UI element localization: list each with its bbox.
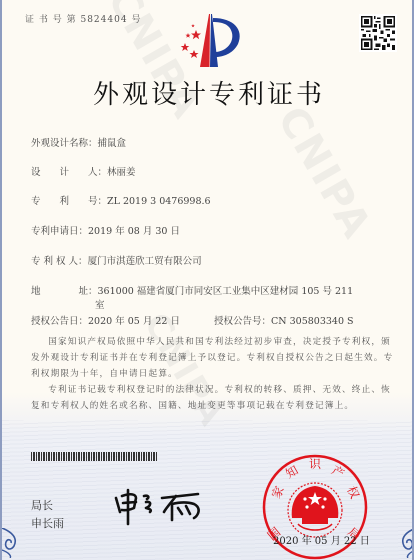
qr-code[interactable] bbox=[359, 14, 397, 52]
watermark-cnipa: CNIPA bbox=[268, 99, 380, 247]
seal-date: 2020 年 05 月 22 日 bbox=[273, 532, 370, 547]
field-address: 地 址：361000 福建省厦门市同安区工业集中区建材园 105 号 211 bbox=[31, 283, 353, 297]
field-grant-date: 授权公告日：2020 年 05 月 22 日 bbox=[31, 313, 180, 327]
field-application-date: 专利申请日：2019 年 08 月 30 日 bbox=[31, 223, 180, 237]
field-value: ZL 2019 3 0476998.6 bbox=[107, 196, 211, 207]
svg-text:家: 家 bbox=[268, 484, 287, 501]
signatory-name: 申长雨 bbox=[31, 515, 64, 531]
svg-text:权: 权 bbox=[344, 484, 363, 501]
field-value: 室 bbox=[95, 297, 105, 311]
certificate-title: 外观设计专利证书 bbox=[2, 74, 414, 111]
qr-code-icon bbox=[361, 16, 395, 50]
signature-icon bbox=[110, 484, 215, 544]
field-value: 捕鼠盒 bbox=[98, 135, 127, 149]
field-patent-number: 专 利 号：ZL 2019 3 0476998.6 bbox=[31, 193, 211, 207]
field-label: 专 利 号： bbox=[31, 193, 107, 207]
barcode bbox=[31, 452, 157, 461]
field-label: 专 利 权 人： bbox=[31, 253, 88, 267]
signatory-title: 局长 bbox=[31, 497, 53, 513]
certificate-number-label: 证 书 号 第 bbox=[25, 15, 77, 25]
field-label: 专利申请日： bbox=[31, 223, 88, 237]
paragraph: 国家知识产权局依照中华人民共和国专利法经过初步审查，决定授予专利权，颁发外观设计… bbox=[31, 334, 397, 382]
field-label: 授权公告日： bbox=[31, 313, 88, 327]
field-designer: 设 计 人：林丽姜 bbox=[31, 164, 136, 178]
field-value: 361000 福建省厦门市同安区工业集中区建材园 105 号 211 bbox=[98, 283, 354, 297]
field-label: 地 址： bbox=[31, 283, 98, 297]
field-label: 外观设计名称： bbox=[31, 135, 98, 149]
paragraph: 专利证书记载专利权登记时的法律状况。专利权的转移、质押、无效、终止、恢复和专利权… bbox=[31, 382, 397, 414]
certificate-number: 证 书 号 第 5824404 号 bbox=[25, 12, 141, 25]
field-value: 2020 年 05 月 22 日 bbox=[88, 313, 180, 327]
cnipa-logo-icon bbox=[172, 12, 252, 70]
field-value: 2019 年 08 月 30 日 bbox=[88, 223, 180, 237]
field-label: 授权公告号： bbox=[214, 313, 271, 327]
field-design-name: 外观设计名称：捕鼠盒 bbox=[31, 135, 126, 149]
field-patentee: 专 利 权 人：厦门市淇莲欣工贸有限公司 bbox=[31, 253, 202, 267]
field-address-line2: 室 bbox=[95, 297, 105, 311]
corner-ornament-icon bbox=[394, 528, 414, 558]
field-value: CN 305803340 S bbox=[271, 316, 354, 327]
corner-ornament-icon bbox=[2, 528, 24, 558]
certificate-body-text: 国家知识产权局依照中华人民共和国专利法经过初步审查，决定授予专利权，颁发外观设计… bbox=[31, 334, 397, 414]
certificate-page: CNIPA CNIPA CNIPA 证 书 号 第 5824404 号 bbox=[0, 0, 414, 560]
certificate-number-value: 5824404 bbox=[80, 15, 127, 25]
certificate-number-suffix: 号 bbox=[131, 15, 141, 25]
field-value: 林丽姜 bbox=[107, 164, 136, 178]
field-value: 厦门市淇莲欣工贸有限公司 bbox=[88, 253, 202, 267]
field-label: 设 计 人： bbox=[31, 164, 107, 178]
svg-text:识: 识 bbox=[309, 457, 322, 471]
field-announcement-number: 授权公告号：CN 305803340 S bbox=[214, 313, 354, 327]
